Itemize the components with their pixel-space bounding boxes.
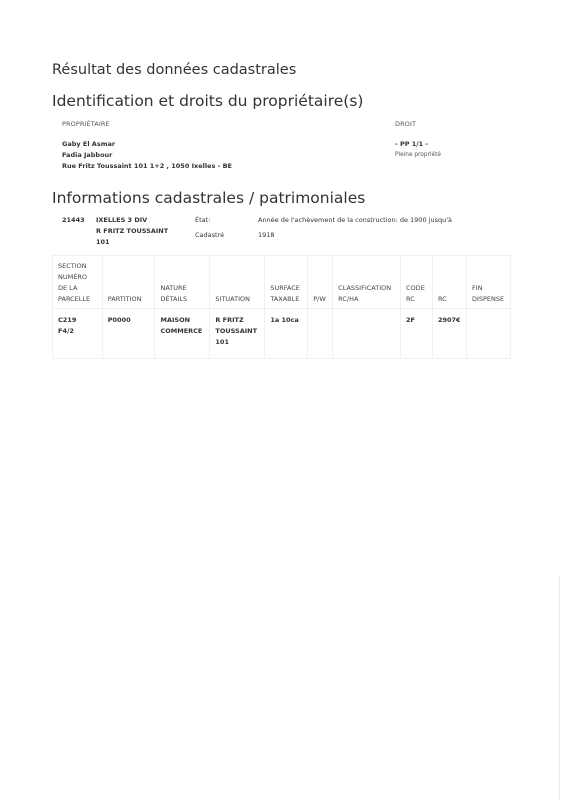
owner-name-1: Gaby El Asmar: [62, 139, 115, 150]
cell-line: 2907€: [438, 315, 461, 326]
cell-line: 1a 10ca: [270, 315, 302, 326]
column-header: CLASSIFICATIONRC/HA: [333, 256, 401, 309]
header-line: RC: [438, 294, 461, 305]
table-cell: [333, 309, 401, 359]
header-line: DÉTAILS: [160, 294, 204, 305]
owners-section-heading: Identification et droits du propriétaire…: [52, 92, 363, 110]
column-header: SITUATION: [210, 256, 265, 309]
right-column-label: DROIT: [395, 120, 416, 128]
header-line: SITUATION: [215, 294, 259, 305]
owner-name-2: Fadia Jabbour: [62, 150, 112, 161]
header-line: PARCELLE: [58, 294, 97, 305]
state-value: Cadastré: [195, 230, 224, 241]
right-description: Pleine propriété: [395, 152, 441, 158]
table-cell: 1a 10ca: [265, 309, 308, 359]
table-header-row: SECTIONNUMÉRODE LAPARCELLEPARTITIONNATUR…: [53, 256, 511, 309]
header-line: RC/HA: [338, 294, 395, 305]
header-line: TAXABLE: [270, 294, 302, 305]
header-line: NATURE: [160, 283, 204, 294]
header-line: P/W: [313, 294, 327, 305]
owner-address: Rue Fritz Toussaint 101 1+2 , 1050 Ixell…: [62, 161, 232, 172]
header-line: DE LA: [58, 283, 97, 294]
cell-line: COMMERCE: [160, 326, 204, 337]
construction-line-2: 1918: [258, 230, 275, 241]
document-page: Résultat des données cadastrales Identif…: [0, 0, 565, 800]
table-row: C219F4/2P0000MAISONCOMMERCER FRITZTOUSSA…: [53, 309, 511, 359]
header-line: CLASSIFICATION: [338, 283, 395, 294]
header-line: PARTITION: [108, 294, 150, 305]
header-line: DISPENSE: [472, 294, 505, 305]
table-cell: 2F: [401, 309, 433, 359]
header-line: CODE: [406, 283, 427, 294]
column-header: PARTITION: [102, 256, 155, 309]
header-line: FIN: [472, 283, 505, 294]
cell-line: 2F: [406, 315, 427, 326]
cadastral-section-heading: Informations cadastrales / patrimoniales: [52, 189, 365, 207]
cell-line: F4/2: [58, 326, 97, 337]
page-edge-shadow: [559, 575, 560, 800]
owner-column-label: PROPRIÉTAIRE: [62, 120, 110, 128]
header-line: SURFACE: [270, 283, 302, 294]
column-header: NATUREDÉTAILS: [155, 256, 210, 309]
table-cell: 2907€: [432, 309, 466, 359]
column-header: P/W: [308, 256, 333, 309]
document-title: Résultat des données cadastrales: [52, 62, 296, 78]
division-line: IXELLES 3 DIV: [96, 215, 168, 226]
right-value: - PP 1/1 -: [395, 139, 428, 150]
state-label: État:: [195, 215, 210, 226]
header-line: RC: [406, 294, 427, 305]
division-line: 101: [96, 237, 168, 248]
cell-line: 101: [215, 337, 259, 348]
cadastral-table: SECTIONNUMÉRODE LAPARCELLEPARTITIONNATUR…: [52, 255, 511, 359]
cell-line: MAISON: [160, 315, 204, 326]
cell-line: TOUSSAINT: [215, 326, 259, 337]
construction-line-1: Année de l'achèvement de la construction…: [258, 215, 452, 226]
column-header: FINDISPENSE: [466, 256, 510, 309]
header-line: SECTION: [58, 261, 97, 272]
cadastral-code: 21443: [62, 215, 85, 226]
header-line: NUMÉRO: [58, 272, 97, 283]
cell-line: R FRITZ: [215, 315, 259, 326]
table-cell: R FRITZTOUSSAINT101: [210, 309, 265, 359]
cell-line: C219: [58, 315, 97, 326]
cell-line: P0000: [108, 315, 150, 326]
table-cell: MAISONCOMMERCE: [155, 309, 210, 359]
division-line: R FRITZ TOUSSAINT: [96, 226, 168, 237]
table-cell: [308, 309, 333, 359]
column-header: SURFACETAXABLE: [265, 256, 308, 309]
column-header: SECTIONNUMÉRODE LAPARCELLE: [53, 256, 103, 309]
table-cell: P0000: [102, 309, 155, 359]
table-cell: [466, 309, 510, 359]
column-header: CODERC: [401, 256, 433, 309]
division-block: IXELLES 3 DIV R FRITZ TOUSSAINT 101: [96, 215, 168, 248]
table-cell: C219F4/2: [53, 309, 103, 359]
column-header: RC: [432, 256, 466, 309]
